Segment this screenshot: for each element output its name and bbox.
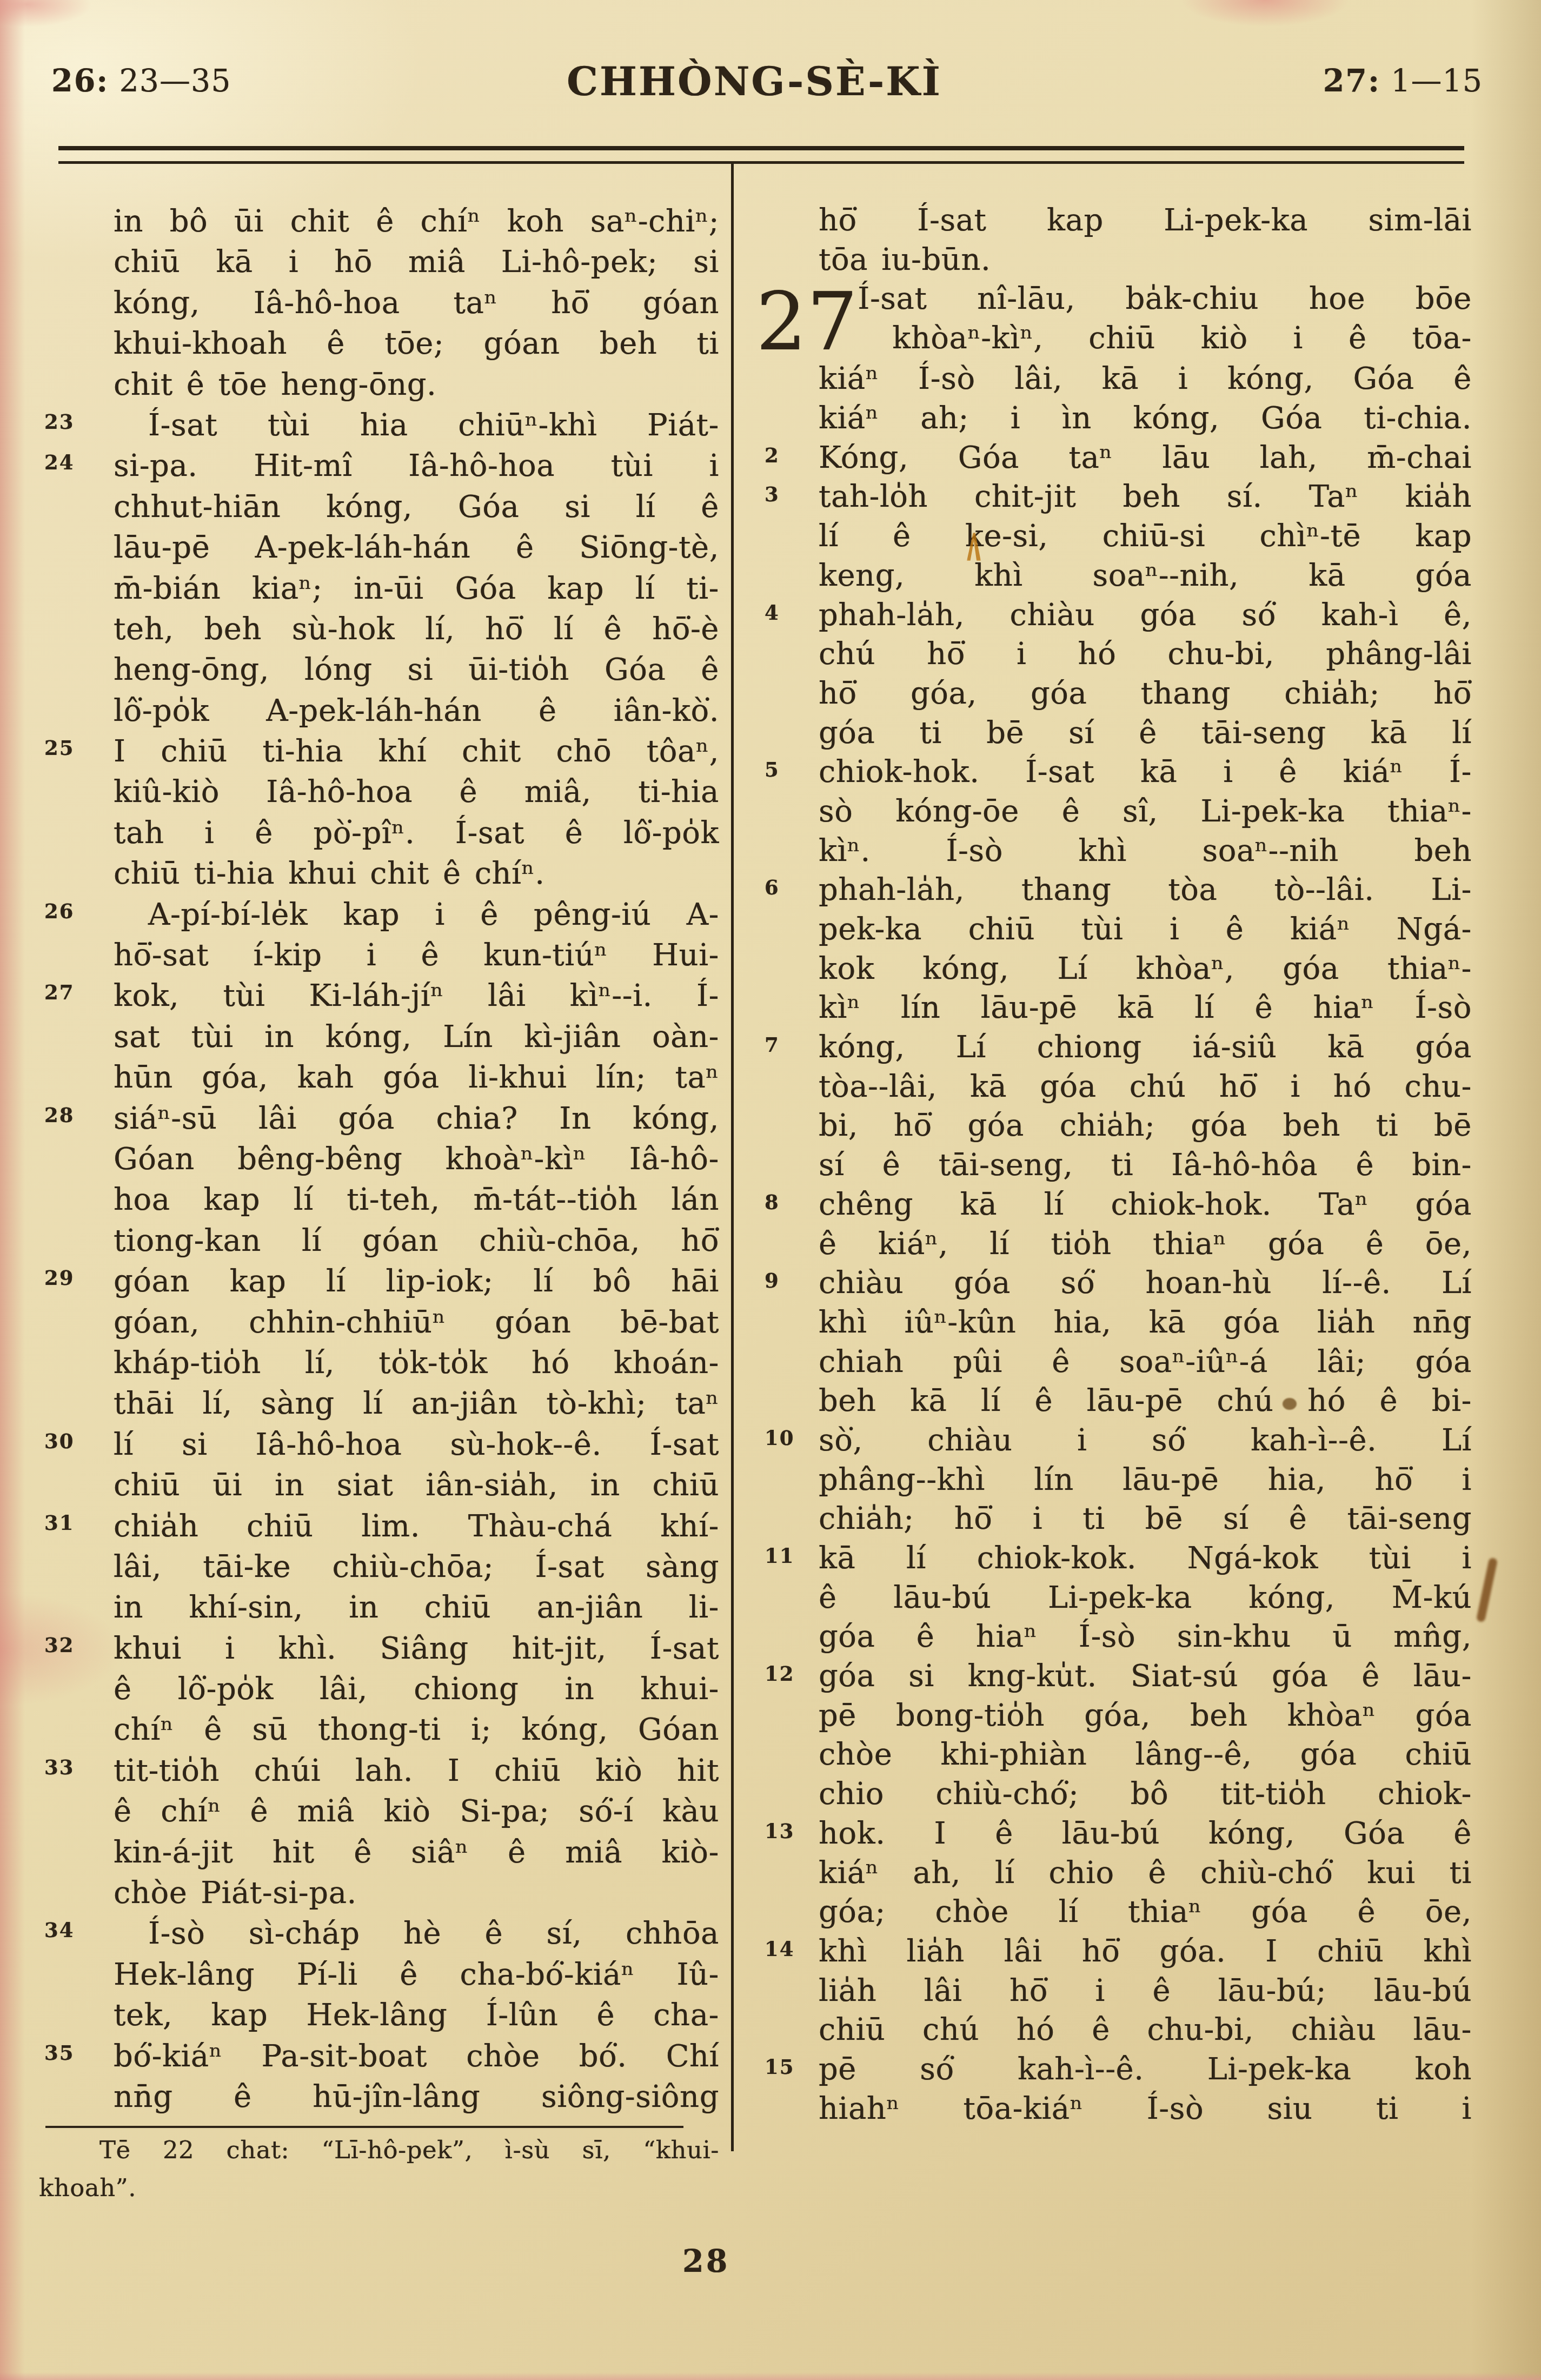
verse-text: chhut-hiān kóng, Góa si lí ê bbox=[114, 487, 719, 527]
chapter-start-row: 27 Í-sat nî-lāu, ba̍k-chiu hoe bōe khòaⁿ… bbox=[756, 280, 1472, 360]
verse-line: in khí-sin, in chiū an-jiân li- bbox=[39, 1587, 719, 1628]
verse-number bbox=[39, 1669, 114, 1709]
verse-number bbox=[39, 691, 114, 731]
verse-number: 9 bbox=[756, 1264, 819, 1303]
verse-number: 10 bbox=[756, 1421, 819, 1461]
verse-text: Góan bêng-bêng khoàⁿ-kìⁿ Iâ-hô- bbox=[114, 1139, 719, 1179]
verse-text: kìⁿ lín lāu-pē kā lí ê hiaⁿ Í-sò bbox=[819, 989, 1472, 1028]
verse-number bbox=[756, 399, 819, 439]
verse-number bbox=[39, 1343, 114, 1383]
verse-text: góan kap lí lip-iok; lí bô hāi bbox=[114, 1261, 719, 1302]
verse-line: bi, hō͘ góa chia̍h; góa beh ti bē bbox=[756, 1106, 1472, 1146]
verse-line: góa ê hiaⁿ Í-sò sin-khu ū mn̂g, bbox=[756, 1617, 1472, 1657]
verse-text: bi, hō͘ góa chia̍h; góa beh ti bē bbox=[819, 1106, 1472, 1146]
verse-text: kiáⁿ ah; i ìn kóng, Góa ti-chia. bbox=[819, 399, 1472, 439]
verse-line: khui-khoah ê tōe; góan beh ti bbox=[39, 323, 719, 364]
verse-text: chiū ūi in siat iân-sia̍h, in chiū bbox=[114, 1465, 719, 1506]
verse-number bbox=[39, 649, 114, 690]
verse-text: lô͘-po̍k A-pek-láh-hán ê iân-kò͘. bbox=[114, 691, 719, 731]
verse-number: 28 bbox=[39, 1098, 114, 1139]
verse-text: kìⁿ. Í-sò khì soaⁿ--nih beh bbox=[819, 832, 1472, 871]
verse-line: 27 kok, tùi Ki-láh-jíⁿ lâi kìⁿ--i. Í- bbox=[39, 976, 719, 1016]
verse-line: góan, chhin-chhiūⁿ góan bē-bat bbox=[39, 1302, 719, 1343]
verse-number bbox=[39, 1954, 114, 1995]
column-divider-rule bbox=[731, 163, 734, 2151]
verse-line: khì iûⁿ-kûn hia, kā góa lia̍h nn̄g bbox=[756, 1303, 1472, 1343]
verse-line: góa ti bē sí ê tāi-seng kā lí bbox=[756, 714, 1472, 753]
verse-line: 2 Kóng, Góa taⁿ lāu lah, m̄-chai bbox=[756, 439, 1472, 478]
verse-text: Í-sat nî-lāu, ba̍k-chiu hoe bōe bbox=[858, 280, 1472, 319]
verse-text: khì iûⁿ-kûn hia, kā góa lia̍h nn̄g bbox=[819, 1303, 1472, 1343]
verse-text: hoa kap lí ti-teh, m̄-tát--tio̍h lán bbox=[114, 1179, 719, 1220]
verse-number bbox=[39, 1383, 114, 1424]
verse-number bbox=[39, 1791, 114, 1832]
page-number: 28 bbox=[682, 2243, 729, 2279]
verse-line: hūn góa, kah góa li-khui lín; taⁿ bbox=[39, 1057, 719, 1098]
verse-number: 3 bbox=[756, 478, 819, 517]
verse-text: I chiū ti-hia khí chit chō tôaⁿ, bbox=[114, 731, 719, 772]
verse-text: kiû-kiò Iâ-hô-hoa ê miâ, ti-hia bbox=[114, 772, 719, 812]
verse-text: góan, chhin-chhiūⁿ góan bē-bat bbox=[114, 1302, 719, 1343]
verse-text: lâi, tāi-ke chiù-chōa; Í-sat sàng bbox=[114, 1547, 719, 1587]
verse-line: tōa iu-būn. bbox=[756, 241, 1472, 280]
running-head-left-ref: 26: 23—35 bbox=[51, 63, 231, 99]
verse-text: kok, tùi Ki-láh-jíⁿ lâi kìⁿ--i. Í- bbox=[114, 976, 719, 1016]
verse-text: hiahⁿ tōa-kiáⁿ Í-sò siu ti i bbox=[819, 2090, 1472, 2129]
verse-number bbox=[756, 1735, 819, 1775]
verse-line: 15 pē só͘ kah-ì--ê. Li-pek-ka koh bbox=[756, 2050, 1472, 2090]
verse-number: 8 bbox=[756, 1185, 819, 1225]
verse-number bbox=[39, 935, 114, 976]
verse-number bbox=[756, 950, 819, 989]
verse-text: khui i khì. Siâng hit-jit, Í-sat bbox=[114, 1628, 719, 1669]
verse-line: sat tùi in kóng, Lín kì-jiân oàn- bbox=[39, 1017, 719, 1057]
verse-text: chio chiù-chó͘; bô tit-tio̍h chiok- bbox=[819, 1775, 1472, 1814]
verse-text: khòaⁿ-kìⁿ, chiū kiò i ê tōa- bbox=[858, 319, 1472, 359]
verse-text: lí si Iâ-hô-hoa sù-hok--ê. Í-sat bbox=[114, 1424, 719, 1465]
verse-text: hok. I ê lāu-bú kóng, Góa ê bbox=[819, 1814, 1472, 1854]
verse-line: 6 phah-la̍h, thang tòa tò--lâi. Li- bbox=[756, 871, 1472, 910]
paper-stain bbox=[1476, 1557, 1498, 1623]
verse-text: kháp-tio̍h lí, to̍k-to̍k hó khoán- bbox=[114, 1343, 719, 1383]
verse-number: 23 bbox=[39, 405, 114, 446]
verse-number: 30 bbox=[39, 1424, 114, 1465]
footnote-rule bbox=[45, 2126, 683, 2128]
verse-line: chiū ti-hia khui chit ê chíⁿ. bbox=[39, 853, 719, 894]
verse-text: keng, khì soaⁿ--nih, kā góa bbox=[819, 556, 1472, 596]
verse-text: Kóng, Góa taⁿ lāu lah, m̄-chai bbox=[819, 439, 1472, 478]
verse-number: 33 bbox=[39, 1751, 114, 1791]
verse-line: kìⁿ lín lāu-pē kā lí ê hiaⁿ Í-sò bbox=[756, 989, 1472, 1028]
verse-number bbox=[39, 242, 114, 282]
verse-line: chiah pûi ê soaⁿ-iûⁿ-á lâi; góa bbox=[756, 1343, 1472, 1382]
verse-text: kā lí chiok-kok. Ngá-kok tùi i bbox=[819, 1539, 1472, 1579]
verse-line: 23 Í-sat tùi hia chiūⁿ-khì Piát- bbox=[39, 405, 719, 446]
verse-text: sat tùi in kóng, Lín kì-jiân oàn- bbox=[114, 1017, 719, 1057]
verse-line: chia̍h; hō͘ i ti bē sí ê tāi-seng bbox=[756, 1500, 1472, 1539]
verse-number: 29 bbox=[39, 1261, 114, 1302]
verse-line: chíⁿ ê sū thong-ti i; kóng, Góan bbox=[39, 1709, 719, 1750]
verse-number bbox=[756, 2011, 819, 2050]
verse-number: 12 bbox=[756, 1657, 819, 1696]
verse-line: tek, kap Hek-lâng Í-lûn ê cha- bbox=[39, 1995, 719, 2036]
verse-number: 14 bbox=[756, 1932, 819, 1972]
verse-line: lāu-pē A-pek-láh-hán ê Siōng-tè, bbox=[39, 527, 719, 568]
footnote-line: Tē 22 chat: “Lī-hô-pek”, ì-sù sī, “khui- bbox=[39, 2131, 719, 2169]
verse-text: pek-ka chiū tùi i ê kiáⁿ Ngá- bbox=[819, 910, 1472, 950]
verse-number bbox=[39, 1547, 114, 1587]
header-double-rule bbox=[58, 146, 1464, 164]
verse-line: 29 góan kap lí lip-iok; lí bô hāi bbox=[39, 1261, 719, 1302]
scanned-bible-page: 26: 23—35 CHHÒNG-SÈ-KÌ 27: 1—15 in bô ūi… bbox=[0, 0, 1541, 2380]
verse-text: chiok-hok. Í-sat kā i ê kiáⁿ Í- bbox=[819, 753, 1472, 792]
page-title: CHHÒNG-SÈ-KÌ bbox=[567, 58, 942, 105]
verse-line: chú hō͘ i hó chu-bi, phâng-lâi bbox=[756, 635, 1472, 674]
verse-line: hō͘ Í-sat kap Li-pek-ka sim-lāi bbox=[756, 201, 1472, 241]
footnote-text: khoah”. bbox=[39, 2169, 719, 2207]
verse-text: kin-á-jit hit ê siâⁿ ê miâ kiò- bbox=[114, 1832, 719, 1873]
verse-line: kìⁿ. Í-sò khì soaⁿ--nih beh bbox=[756, 832, 1472, 871]
verse-text: in khí-sin, in chiū an-jiân li- bbox=[114, 1587, 719, 1628]
verse-text: phah-la̍h, thang tòa tò--lâi. Li- bbox=[819, 871, 1472, 910]
verse-text: heng-ōng, lóng si ūi-tio̍h Góa ê bbox=[114, 649, 719, 690]
verse-number: 34 bbox=[39, 1913, 114, 1954]
verse-text: hō͘ Í-sat kap Li-pek-ka sim-lāi bbox=[819, 201, 1472, 241]
verse-line: 4 phah-la̍h, chiàu góa só͘ kah-ì ê, bbox=[756, 596, 1472, 635]
verse-line: sò kóng-ōe ê sî, Li-pek-ka thiaⁿ- bbox=[756, 792, 1472, 832]
verse-line: Góan bêng-bêng khoàⁿ-kìⁿ Iâ-hô- bbox=[39, 1139, 719, 1179]
verse-number bbox=[756, 1854, 819, 1893]
verse-number: 11 bbox=[756, 1539, 819, 1579]
running-head-right-ref: 27: 1—15 bbox=[1323, 63, 1483, 99]
verse-number bbox=[39, 853, 114, 894]
verse-number bbox=[39, 1832, 114, 1873]
verse-text: lāu-pē A-pek-láh-hán ê Siōng-tè, bbox=[114, 527, 719, 568]
verse-text: góa si kng-ku̍t. Siat-sú góa ê lāu- bbox=[819, 1657, 1472, 1696]
verse-text: A-pí-bí-le̍k kap i ê pêng-iú A- bbox=[114, 894, 719, 935]
verse-number: 6 bbox=[756, 871, 819, 910]
verse-number bbox=[756, 1461, 819, 1500]
verse-number bbox=[756, 1972, 819, 2011]
verse-line: sí ê tāi-seng, ti Iâ-hô-hôa ê bin- bbox=[756, 1146, 1472, 1185]
verse-number: 7 bbox=[756, 1028, 819, 1068]
verse-text: kóng, Lí chiong iá-siû kā góa bbox=[819, 1028, 1472, 1068]
verse-line: góa; chòe lí thiaⁿ góa ê ōe, bbox=[756, 1893, 1472, 1932]
verse-number bbox=[39, 609, 114, 649]
verse-text: ê chíⁿ ê miâ kiò Si-pa; só͘-í kàu bbox=[114, 1791, 719, 1832]
verse-line: 24 si-pa. Hit-mî Iâ-hô-hoa tùi i bbox=[39, 446, 719, 486]
verse-text: chit ê tōe heng-ōng. bbox=[114, 364, 719, 405]
verse-number bbox=[39, 568, 114, 609]
verse-number bbox=[756, 1500, 819, 1539]
verse-number: 5 bbox=[756, 753, 819, 792]
verse-number bbox=[39, 1057, 114, 1098]
verse-number bbox=[756, 792, 819, 832]
verse-number bbox=[756, 635, 819, 674]
verse-number bbox=[756, 2090, 819, 2129]
verse-text: chiū chú hó ê chu-bi, chiàu lāu- bbox=[819, 2011, 1472, 2050]
verse-line: 10 sò͘, chiàu i só͘ kah-ì--ê. Lí bbox=[756, 1421, 1472, 1461]
verse-line: chhut-hiān kóng, Góa si lí ê bbox=[39, 487, 719, 527]
verse-number: 26 bbox=[39, 894, 114, 935]
verse-text: ê lāu-bú Li-pek-ka kóng, M̄-kú bbox=[819, 1579, 1472, 1618]
verse-line: lí ê ke-si, chiū-si chìⁿ-tē kap bbox=[756, 517, 1472, 556]
verse-text: chiū kā i hō miâ Li-hô-pek; si bbox=[114, 242, 719, 282]
verse-text: khui-khoah ê tōe; góan beh ti bbox=[114, 323, 719, 364]
verse-number bbox=[39, 1302, 114, 1343]
verse-line: chiū kā i hō miâ Li-hô-pek; si bbox=[39, 242, 719, 282]
verse-number bbox=[39, 1709, 114, 1750]
verse-line: chio chiù-chó͘; bô tit-tio̍h chiok- bbox=[756, 1775, 1472, 1814]
verse-text: tah-lo̍h chit-jit beh sí. Taⁿ kia̍h bbox=[819, 478, 1472, 517]
verse-line: 35 bó͘-kiáⁿ Pa-sit-boat chòe bó͘. Chí bbox=[39, 2036, 719, 2077]
verse-number bbox=[756, 1775, 819, 1814]
verse-text: lia̍h lâi hō͘ i ê lāu-bú; lāu-bú bbox=[819, 1972, 1472, 2011]
verse-number bbox=[756, 1068, 819, 1107]
verse-text: chiah pûi ê soaⁿ-iûⁿ-á lâi; góa bbox=[819, 1343, 1472, 1382]
verse-text: chú hō͘ i hó chu-bi, phâng-lâi bbox=[819, 635, 1472, 674]
verse-number bbox=[756, 910, 819, 950]
verse-number bbox=[39, 1465, 114, 1506]
verse-line: 28 siáⁿ-sū lâi góa chia? In kóng, bbox=[39, 1098, 719, 1139]
verse-text: ê kiáⁿ, lí tio̍h thiaⁿ góa ê ōe, bbox=[819, 1225, 1472, 1264]
verse-line: heng-ōng, lóng si ūi-tio̍h Góa ê bbox=[39, 649, 719, 690]
verse-number bbox=[39, 323, 114, 364]
verse-line: Hek-lâng Pí-li ê cha-bó͘-kiáⁿ Iû- bbox=[39, 1954, 719, 1995]
verse-text: tah i ê pò͘-pîⁿ. Í-sat ê lô͘-po̍k bbox=[114, 813, 719, 853]
verse-text: tòa--lâi, kā góa chú hō͘ i hó chu- bbox=[819, 1068, 1472, 1107]
verse-line: 14 khì lia̍h lâi hō͘ góa. I chiū khì bbox=[756, 1932, 1472, 1972]
verse-number bbox=[756, 1106, 819, 1146]
verse-line: 30 lí si Iâ-hô-hoa sù-hok--ê. Í-sat bbox=[39, 1424, 719, 1465]
verse-text: pē só͘ kah-ì--ê. Li-pek-ka koh bbox=[819, 2050, 1472, 2090]
verse-number bbox=[39, 813, 114, 853]
verse-number bbox=[39, 1139, 114, 1179]
verse-number bbox=[756, 1382, 819, 1421]
verse-number bbox=[756, 714, 819, 753]
verse-text: Í-sò sì-cháp hè ê sí, chhōa bbox=[114, 1913, 719, 1954]
verse-text: sò kóng-ōe ê sî, Li-pek-ka thiaⁿ- bbox=[819, 792, 1472, 832]
verse-text: sí ê tāi-seng, ti Iâ-hô-hôa ê bin- bbox=[819, 1146, 1472, 1185]
left-column: in bô ūi chit ê chíⁿ koh saⁿ-chiⁿ; chiū … bbox=[39, 201, 719, 2207]
verse-line: phâng--khì lín lāu-pē hia, hō͘ i bbox=[756, 1461, 1472, 1500]
verse-number: 13 bbox=[756, 1814, 819, 1854]
verse-number bbox=[756, 556, 819, 596]
left-ref-chapter: 26: bbox=[51, 63, 109, 99]
verse-number bbox=[39, 201, 114, 242]
verse-line: kiáⁿ ah; i ìn kóng, Góa ti-chia. bbox=[756, 399, 1472, 439]
verse-text: chòe khi-phiàn lâng--ê, góa chiū bbox=[819, 1735, 1472, 1775]
verse-text: in bô ūi chit ê chíⁿ koh saⁿ-chiⁿ; bbox=[114, 201, 719, 242]
verse-text: siáⁿ-sū lâi góa chia? In kóng, bbox=[114, 1098, 719, 1139]
verse-text: tit-tio̍h chúi lah. I chiū kiò hit bbox=[114, 1751, 719, 1791]
verse-text: ê lô͘-po̍k lâi, chiong in khui- bbox=[114, 1669, 719, 1709]
verse-line: kiáⁿ Í-sò lâi, kā i kóng, Góa ê bbox=[756, 360, 1472, 399]
verse-line: tòa--lâi, kā góa chú hō͘ i hó chu- bbox=[756, 1068, 1472, 1107]
verse-line: hoa kap lí ti-teh, m̄-tát--tio̍h lán bbox=[39, 1179, 719, 1220]
right-ref-range: 1—15 bbox=[1391, 63, 1483, 99]
verse-text: beh kā lí ê lāu-pē chú hó ê bi- bbox=[819, 1382, 1472, 1421]
verse-text: bó͘-kiáⁿ Pa-sit-boat chòe bó͘. Chí bbox=[114, 2036, 719, 2077]
verse-number bbox=[39, 1017, 114, 1057]
verse-text: kóng, Iâ-hô-hoa taⁿ hō͘ góan bbox=[114, 283, 719, 323]
verse-number bbox=[756, 360, 819, 399]
verse-text: teh, beh sù-hok lí, hō͘ lí ê hō͘-è bbox=[114, 609, 719, 649]
verse-line: chiū ūi in siat iân-sia̍h, in chiū bbox=[39, 1465, 719, 1506]
verse-text: góa ti bē sí ê tāi-seng kā lí bbox=[819, 714, 1472, 753]
verse-line: 34 Í-sò sì-cháp hè ê sí, chhōa bbox=[39, 1913, 719, 1954]
verse-number bbox=[756, 674, 819, 714]
verse-line: 26 A-pí-bí-le̍k kap i ê pêng-iú A- bbox=[39, 894, 719, 935]
verse-number: 32 bbox=[39, 1628, 114, 1669]
verse-line: pē bong-tio̍h góa, beh khòaⁿ góa bbox=[756, 1696, 1472, 1736]
verse-line: hō͘-sat í-kip i ê kun-tiúⁿ Hui- bbox=[39, 935, 719, 976]
verse-number bbox=[756, 241, 819, 280]
verse-text: pē bong-tio̍h góa, beh khòaⁿ góa bbox=[819, 1696, 1472, 1736]
verse-number bbox=[39, 1995, 114, 2036]
verse-line: lâi, tāi-ke chiù-chōa; Í-sat sàng bbox=[39, 1547, 719, 1587]
footnote: Tē 22 chat: “Lī-hô-pek”, ì-sù sī, “khui-… bbox=[39, 2131, 719, 2207]
verse-text: sò͘, chiàu i só͘ kah-ì--ê. Lí bbox=[819, 1421, 1472, 1461]
verse-line: ê lô͘-po̍k lâi, chiong in khui- bbox=[39, 1669, 719, 1709]
verse-text: chia̍h chiū lim. Thàu-chá khí- bbox=[114, 1506, 719, 1547]
verse-text: m̄-bián kiaⁿ; in-ūi Góa kap lí ti- bbox=[114, 568, 719, 609]
verse-number bbox=[756, 1225, 819, 1264]
verse-line: m̄-bián kiaⁿ; in-ūi Góa kap lí ti- bbox=[39, 568, 719, 609]
verse-line: lia̍h lâi hō͘ i ê lāu-bú; lāu-bú bbox=[756, 1972, 1472, 2011]
verse-line: 33 tit-tio̍h chúi lah. I chiū kiò hit bbox=[39, 1751, 719, 1791]
verse-number bbox=[39, 2077, 114, 2117]
verse-text: Hek-lâng Pí-li ê cha-bó͘-kiáⁿ Iû- bbox=[114, 1954, 719, 1995]
chapter-number: 27 bbox=[756, 280, 858, 360]
verse-number: 27 bbox=[39, 976, 114, 1016]
verse-text: khì lia̍h lâi hō͘ góa. I chiū khì bbox=[819, 1932, 1472, 1972]
verse-line: 13 hok. I ê lāu-bú kóng, Góa ê bbox=[756, 1814, 1472, 1854]
verse-line: Í-sat nî-lāu, ba̍k-chiu hoe bōe bbox=[858, 280, 1472, 319]
verse-text: chêng kā lí chiok-hok. Taⁿ góa bbox=[819, 1185, 1472, 1225]
left-column-lines: in bô ūi chit ê chíⁿ koh saⁿ-chiⁿ; chiū … bbox=[39, 201, 719, 2117]
verse-line: kóng, Iâ-hô-hoa taⁿ hō͘ góan bbox=[39, 283, 719, 323]
verse-number: 31 bbox=[39, 1506, 114, 1547]
verse-line: beh kā lí ê lāu-pē chú hó ê bi- bbox=[756, 1382, 1472, 1421]
verse-text: chiàu góa só͘ hoan-hù lí--ê. Lí bbox=[819, 1264, 1472, 1303]
verse-line: kiáⁿ ah, lí chio ê chiù-chó͘ kui ti bbox=[756, 1854, 1472, 1893]
verse-text: kiáⁿ Í-sò lâi, kā i kóng, Góa ê bbox=[819, 360, 1472, 399]
verse-text: kok kóng, Lí khòaⁿ, góa thiaⁿ- bbox=[819, 950, 1472, 989]
verse-text: Í-sat tùi hia chiūⁿ-khì Piát- bbox=[114, 405, 719, 446]
verse-number: 24 bbox=[39, 446, 114, 486]
verse-number: 2 bbox=[756, 439, 819, 478]
verse-text: nn̄g ê hū-jîn-lâng siông-siông bbox=[114, 2077, 719, 2117]
right-column: hō͘ Í-sat kap Li-pek-ka sim-lāi tōa iu-b… bbox=[756, 201, 1472, 2129]
chapter-first-lines: Í-sat nî-lāu, ba̍k-chiu hoe bōe khòaⁿ-kì… bbox=[858, 280, 1472, 360]
verse-line: keng, khì soaⁿ--nih, kā góa bbox=[756, 556, 1472, 596]
verse-number bbox=[39, 1179, 114, 1220]
verse-line: ê chíⁿ ê miâ kiò Si-pa; só͘-í kàu bbox=[39, 1791, 719, 1832]
verse-text: tōa iu-būn. bbox=[819, 241, 1472, 280]
verse-number bbox=[756, 1617, 819, 1657]
verse-text: chiū ti-hia khui chit ê chíⁿ. bbox=[114, 853, 719, 894]
verse-number bbox=[756, 832, 819, 871]
footnote-line: khoah”. bbox=[39, 2169, 719, 2207]
verse-text: hō͘-sat í-kip i ê kun-tiúⁿ Hui- bbox=[114, 935, 719, 976]
verse-number bbox=[756, 1696, 819, 1736]
verse-line: hō͘ góa, góa thang chia̍h; hō͘ bbox=[756, 674, 1472, 714]
verse-text: kiáⁿ ah, lí chio ê chiù-chó͘ kui ti bbox=[819, 1854, 1472, 1893]
verse-line: pek-ka chiū tùi i ê kiáⁿ Ngá- bbox=[756, 910, 1472, 950]
right-column-intro-lines: hō͘ Í-sat kap Li-pek-ka sim-lāi tōa iu-b… bbox=[756, 201, 1472, 280]
verse-line: chiū chú hó ê chu-bi, chiàu lāu- bbox=[756, 2011, 1472, 2050]
verse-text: si-pa. Hit-mî Iâ-hô-hoa tùi i bbox=[114, 446, 719, 486]
verse-number bbox=[39, 364, 114, 405]
verse-number bbox=[756, 1579, 819, 1618]
verse-line: lô͘-po̍k A-pek-láh-hán ê iân-kò͘. bbox=[39, 691, 719, 731]
verse-number bbox=[756, 1303, 819, 1343]
verse-line: 11 kā lí chiok-kok. Ngá-kok tùi i bbox=[756, 1539, 1472, 1579]
verse-line: kiû-kiò Iâ-hô-hoa ê miâ, ti-hia bbox=[39, 772, 719, 812]
verse-text: lí ê ke-si, chiū-si chìⁿ-tē kap bbox=[819, 517, 1472, 556]
verse-text: hūn góa, kah góa li-khui lín; taⁿ bbox=[114, 1057, 719, 1098]
verse-text: góa ê hiaⁿ Í-sò sin-khu ū mn̂g, bbox=[819, 1617, 1472, 1657]
verse-number bbox=[756, 1893, 819, 1932]
verse-line: 9 chiàu góa só͘ hoan-hù lí--ê. Lí bbox=[756, 1264, 1472, 1303]
verse-line: 7 kóng, Lí chiong iá-siû kā góa bbox=[756, 1028, 1472, 1068]
verse-number bbox=[756, 1146, 819, 1185]
verse-text: chòe Piát-si-pa. bbox=[114, 1873, 719, 1913]
verse-text: chíⁿ ê sū thong-ti i; kóng, Góan bbox=[114, 1709, 719, 1750]
verse-number bbox=[39, 527, 114, 568]
verse-number bbox=[39, 1873, 114, 1913]
verse-line: 31 chia̍h chiū lim. Thàu-chá khí- bbox=[39, 1506, 719, 1547]
verse-number: 15 bbox=[756, 2050, 819, 2090]
verse-number bbox=[39, 487, 114, 527]
verse-text: thāi lí, sàng lí an-jiân tò-khì; taⁿ bbox=[114, 1383, 719, 1424]
verse-line: teh, beh sù-hok lí, hō͘ lí ê hō͘-è bbox=[39, 609, 719, 649]
verse-line: in bô ūi chit ê chíⁿ koh saⁿ-chiⁿ; bbox=[39, 201, 719, 242]
verse-number: 35 bbox=[39, 2036, 114, 2077]
verse-number: 4 bbox=[756, 596, 819, 635]
verse-line: hiahⁿ tōa-kiáⁿ Í-sò siu ti i bbox=[756, 2090, 1472, 2129]
verse-text: chia̍h; hō͘ i ti bē sí ê tāi-seng bbox=[819, 1500, 1472, 1539]
verse-line: nn̄g ê hū-jîn-lâng siông-siông bbox=[39, 2077, 719, 2117]
verse-number bbox=[39, 1221, 114, 1261]
verse-line: tah i ê pò͘-pîⁿ. Í-sat ê lô͘-po̍k bbox=[39, 813, 719, 853]
verse-line: ê lāu-bú Li-pek-ka kóng, M̄-kú bbox=[756, 1579, 1472, 1618]
verse-line: ê kiáⁿ, lí tio̍h thiaⁿ góa ê ōe, bbox=[756, 1225, 1472, 1264]
verse-line: thāi lí, sàng lí an-jiân tò-khì; taⁿ bbox=[39, 1383, 719, 1424]
verse-line: kháp-tio̍h lí, to̍k-to̍k hó khoán- bbox=[39, 1343, 719, 1383]
verse-text: tiong-kan lí góan chiù-chōa, hō͘ bbox=[114, 1221, 719, 1261]
verse-text: phâng--khì lín lāu-pē hia, hō͘ i bbox=[819, 1461, 1472, 1500]
verse-line: tiong-kan lí góan chiù-chōa, hō͘ bbox=[39, 1221, 719, 1261]
verse-line: 12 góa si kng-ku̍t. Siat-sú góa ê lāu- bbox=[756, 1657, 1472, 1696]
verse-text: hō͘ góa, góa thang chia̍h; hō͘ bbox=[819, 674, 1472, 714]
verse-line: chòe khi-phiàn lâng--ê, góa chiū bbox=[756, 1735, 1472, 1775]
verse-number bbox=[756, 989, 819, 1028]
verse-line: kok kóng, Lí khòaⁿ, góa thiaⁿ- bbox=[756, 950, 1472, 989]
footnote-text: Tē 22 chat: “Lī-hô-pek”, ì-sù sī, “khui- bbox=[39, 2131, 719, 2169]
right-ref-chapter: 27: bbox=[1323, 63, 1380, 99]
verse-number bbox=[39, 283, 114, 323]
verse-number bbox=[756, 517, 819, 556]
verse-line: 3 tah-lo̍h chit-jit beh sí. Taⁿ kia̍h bbox=[756, 478, 1472, 517]
verse-line: 5 chiok-hok. Í-sat kā i ê kiáⁿ Í- bbox=[756, 753, 1472, 792]
verse-text: phah-la̍h, chiàu góa só͘ kah-ì ê, bbox=[819, 596, 1472, 635]
verse-line: kin-á-jit hit ê siâⁿ ê miâ kiò- bbox=[39, 1832, 719, 1873]
verse-number bbox=[39, 1587, 114, 1628]
verse-text: tek, kap Hek-lâng Í-lûn ê cha- bbox=[114, 1995, 719, 2036]
right-column-lines: kiáⁿ Í-sò lâi, kā i kóng, Góa ê kiáⁿ ah;… bbox=[756, 360, 1472, 2129]
